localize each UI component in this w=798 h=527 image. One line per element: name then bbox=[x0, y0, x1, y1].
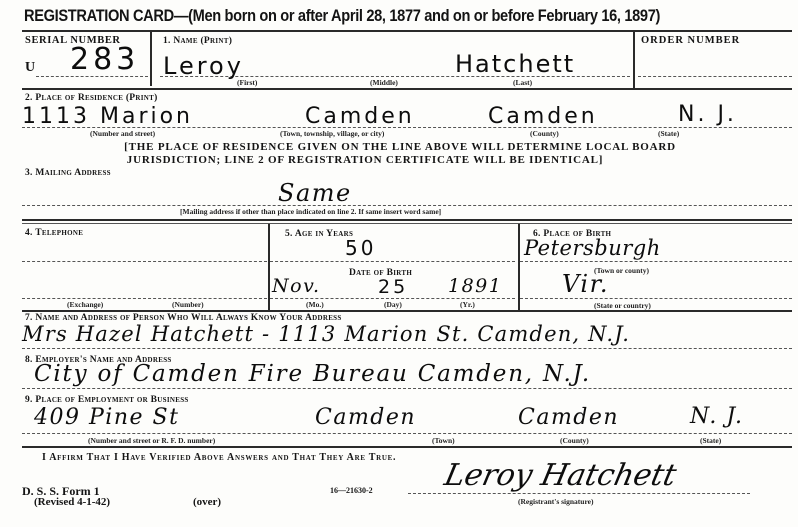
year-caption: (Yr.) bbox=[460, 300, 475, 309]
last-caption: (Last) bbox=[513, 78, 532, 87]
signature-line bbox=[408, 493, 750, 494]
mailing-label: 3. Mailing Address bbox=[25, 168, 111, 178]
jurisdiction-notice-2: JURISDICTION; LINE 2 OF REGISTRATION CER… bbox=[70, 154, 660, 166]
over-note: (over) bbox=[193, 496, 221, 508]
state-caption: (State) bbox=[658, 129, 679, 138]
dob-year[interactable]: 1891 bbox=[448, 275, 502, 297]
street-caption: (Number and street) bbox=[90, 129, 155, 138]
birthplace-town[interactable]: Petersburgh bbox=[524, 236, 661, 260]
birthplace-state[interactable]: Vir. bbox=[562, 270, 609, 298]
divider bbox=[22, 446, 792, 448]
serial-value[interactable]: 283 bbox=[70, 42, 139, 77]
signature-caption: (Registrant's signature) bbox=[518, 497, 593, 506]
dob-line bbox=[270, 298, 515, 299]
number-caption: (Number) bbox=[172, 300, 204, 309]
employment-county[interactable]: Camden bbox=[518, 405, 619, 430]
employment-state-caption: (State) bbox=[700, 436, 721, 445]
day-caption: (Day) bbox=[384, 300, 402, 309]
dob-month[interactable]: Nov. bbox=[272, 275, 321, 297]
telephone-label: 4. Telephone bbox=[25, 228, 83, 238]
town-caption: (Town, township, village, or city) bbox=[280, 129, 384, 138]
mailing-line bbox=[22, 205, 792, 206]
name-first[interactable]: Leroy bbox=[163, 52, 244, 80]
form-revision: (Revised 4-1-42) bbox=[34, 496, 110, 508]
divider bbox=[22, 219, 792, 221]
birthplace-state-caption: (State or country) bbox=[594, 301, 651, 310]
month-caption: (Mo.) bbox=[306, 300, 324, 309]
name-last[interactable]: Hatchett bbox=[455, 50, 575, 78]
birthplace-town-line bbox=[520, 261, 792, 262]
divider bbox=[633, 30, 635, 88]
card-title: REGISTRATION CARD—(Men born on or after … bbox=[24, 6, 660, 26]
employment-street-caption: (Number and street or R. F. D. number) bbox=[88, 436, 215, 445]
contact-line bbox=[22, 348, 792, 349]
employer-line bbox=[22, 388, 792, 389]
birthplace-state-line bbox=[520, 298, 792, 299]
employer-value[interactable]: City of Camden Fire Bureau Camden, N.J. bbox=[34, 361, 591, 387]
employment-state[interactable]: N. J. bbox=[690, 404, 743, 429]
employment-place-label: 9. Place of Employment or Business bbox=[25, 395, 189, 405]
employment-street[interactable]: 409 Pine St bbox=[34, 405, 179, 430]
age-line bbox=[270, 261, 515, 262]
serial-prefix: U bbox=[25, 60, 35, 76]
telephone-line-1[interactable] bbox=[22, 261, 267, 262]
residence-county[interactable]: Camden bbox=[488, 104, 598, 129]
residence-street[interactable]: 1113 Marion bbox=[22, 104, 193, 129]
order-number-label: ORDER NUMBER bbox=[641, 35, 740, 46]
employment-line bbox=[22, 433, 792, 434]
divider bbox=[22, 310, 792, 312]
affirmation-text: I Affirm That I Have Verified Above Answ… bbox=[42, 452, 396, 463]
mailing-value[interactable]: Same bbox=[278, 179, 352, 207]
age-value[interactable]: 50 bbox=[345, 236, 376, 260]
mailing-caption: [Mailing address if other than place ind… bbox=[180, 207, 441, 216]
divider bbox=[150, 30, 152, 86]
divider bbox=[22, 223, 792, 224]
print-code: 16—21630-2 bbox=[330, 486, 373, 495]
residence-state[interactable]: N. J. bbox=[678, 102, 737, 127]
employment-town-caption: (Town) bbox=[432, 436, 455, 445]
divider bbox=[22, 88, 792, 90]
residence-label: 2. Place of Residence (Print) bbox=[25, 93, 158, 103]
telephone-line-2[interactable] bbox=[22, 298, 267, 299]
county-caption: (County) bbox=[530, 129, 559, 138]
employment-town[interactable]: Camden bbox=[315, 405, 416, 430]
divider bbox=[22, 30, 792, 32]
exchange-caption: (Exchange) bbox=[67, 300, 103, 309]
residence-town[interactable]: Camden bbox=[305, 104, 415, 129]
registrant-signature[interactable]: Leroy Hatchett bbox=[441, 458, 679, 493]
jurisdiction-notice-1: [THE PLACE OF RESIDENCE GIVEN ON THE LIN… bbox=[70, 141, 730, 153]
order-number-line[interactable] bbox=[638, 76, 792, 77]
name-label: 1. Name (Print) bbox=[163, 36, 232, 46]
contact-value[interactable]: Mrs Hazel Hatchett - 1113 Marion St. Cam… bbox=[22, 322, 630, 346]
employment-county-caption: (County) bbox=[560, 436, 589, 445]
age-label: 5. Age in Years bbox=[285, 229, 353, 239]
middle-caption: (Middle) bbox=[370, 78, 398, 87]
dob-day[interactable]: 25 bbox=[378, 276, 408, 298]
first-caption: (First) bbox=[237, 78, 257, 87]
